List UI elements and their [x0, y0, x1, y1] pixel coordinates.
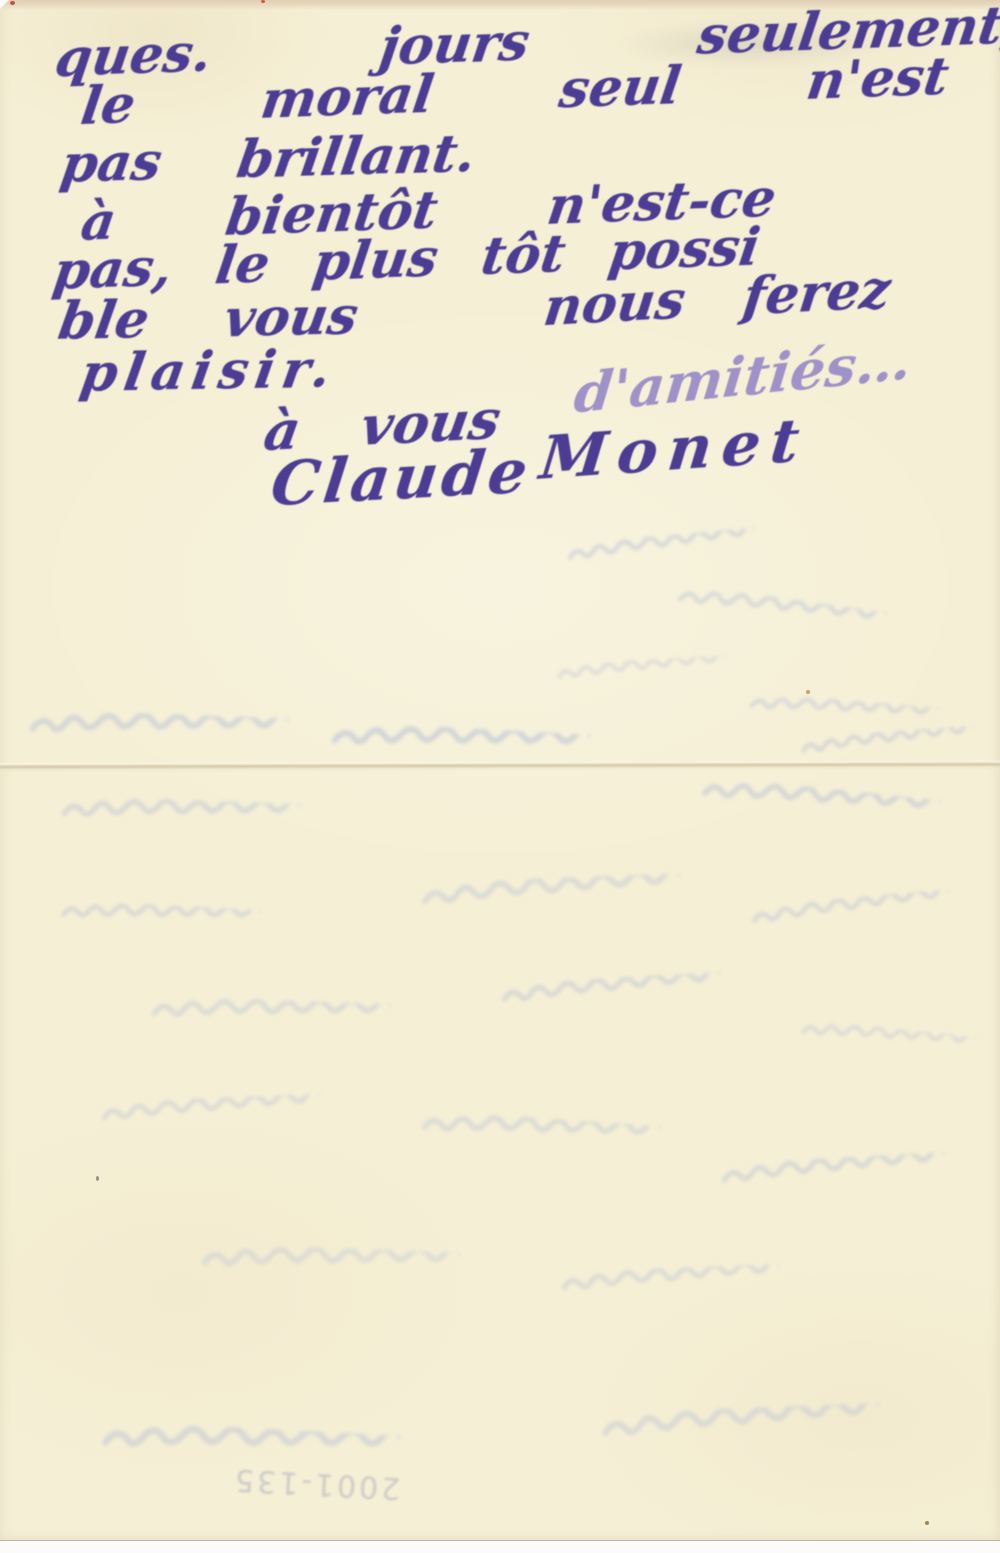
paper-speck — [261, 0, 265, 3]
bleedthrough-mark — [799, 726, 975, 759]
letter-paper: ques. jours seulement, le moral seul n'e… — [0, 0, 1000, 1540]
paper-speck — [96, 1176, 99, 1181]
paper-speck — [925, 1521, 929, 1525]
letter-line-7: plaisir. — [76, 339, 342, 404]
bleedthrough-mark — [747, 692, 938, 731]
bleedthrough-mark — [60, 900, 261, 934]
bleedthrough-mark — [699, 776, 941, 829]
paper-speck — [10, 1, 15, 5]
bleedthrough-mark — [100, 1094, 321, 1128]
bleedthrough-mark — [719, 1152, 945, 1190]
bleedthrough-mark — [499, 972, 720, 1009]
bleedthrough-mark — [675, 584, 886, 638]
inventory-notation: 2001-135 — [231, 1462, 401, 1506]
bleedthrough-mark — [419, 1110, 660, 1155]
scan-background-strip — [0, 1540, 1000, 1553]
bleedthrough-mark — [150, 996, 391, 1033]
bleedthrough-mark — [749, 889, 950, 930]
bleedthrough-mark — [200, 1243, 461, 1283]
bleedthrough-mark — [28, 709, 289, 749]
bleedthrough-mark — [60, 796, 301, 833]
bleedthrough-mark — [799, 1019, 975, 1058]
bleedthrough-mark — [329, 721, 590, 765]
fold-crease — [0, 761, 1000, 773]
signature-claude: Claude — [267, 437, 535, 520]
bleedthrough-mark — [556, 656, 727, 685]
bleedthrough-mark — [600, 1403, 881, 1446]
bleedthrough-mark — [560, 1264, 781, 1298]
paper-speck — [806, 690, 810, 694]
bleedthrough-mark — [420, 873, 681, 913]
paper-corner-chip — [0, 0, 9, 9]
scanned-letter-page: ques. jours seulement, le moral seul n'e… — [0, 0, 1000, 1553]
bleedthrough-mark — [565, 528, 756, 567]
